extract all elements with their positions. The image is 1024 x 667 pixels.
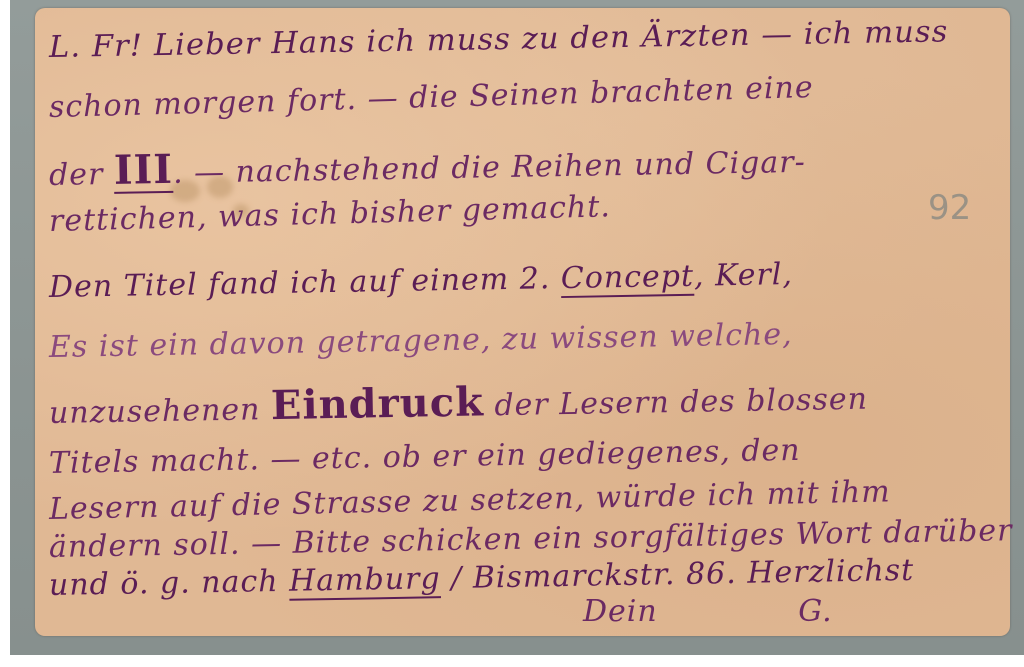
signature: G. [798,594,832,629]
archive-number-pencil: 92 [928,188,971,228]
handwriting-line-6: Es ist ein davon getragene, zu wissen we… [49,317,793,365]
handwriting-line-7: unzusehenen Eindruck der Lesern des blos… [49,372,869,433]
underlined-word: Concept [561,259,695,296]
line-5-prefix: Den Titel fand ich auf einem 2. [49,261,561,305]
postcard: L. Fr! Lieber Hans ich muss zu den Ärzte… [35,8,1010,636]
closing-word: Dein [583,594,658,629]
handwriting-line-2: schon morgen fort. — die Seinen brachten… [49,70,814,125]
line-7-suffix: der Lesern des blossen [484,382,869,424]
line-3-prefix: der [49,157,114,193]
emphasized-word: Eindruck [270,378,484,429]
handwriting-line-8: Titels macht. — etc. ob er ein gediegene… [49,433,801,481]
handwriting-line-1: L. Fr! Lieber Hans ich muss zu den Ärzte… [49,14,949,65]
line-5-suffix: , Kerl, [694,257,794,294]
line-3-suffix: . — nachstehend die Reihen und Cigar- [173,145,806,191]
line-11-prefix: und ö. g. nach [49,564,290,603]
roman-numeral-mark: III [113,146,173,194]
handwriting-line-4: rettichen, was ich bisher gemacht. [49,189,612,239]
handwriting-line-5: Den Titel fand ich auf einem 2. Concept,… [49,257,793,305]
underlined-city: Hamburg [289,561,441,599]
handwriting-line-3: der III. — nachstehend die Reihen und Ci… [49,135,806,195]
closing-line: Dein G. [583,594,833,629]
line-11-suffix: / Bismarckstr. 86. Herzlichst [440,553,914,596]
line-7-prefix: unzusehenen [49,392,272,431]
